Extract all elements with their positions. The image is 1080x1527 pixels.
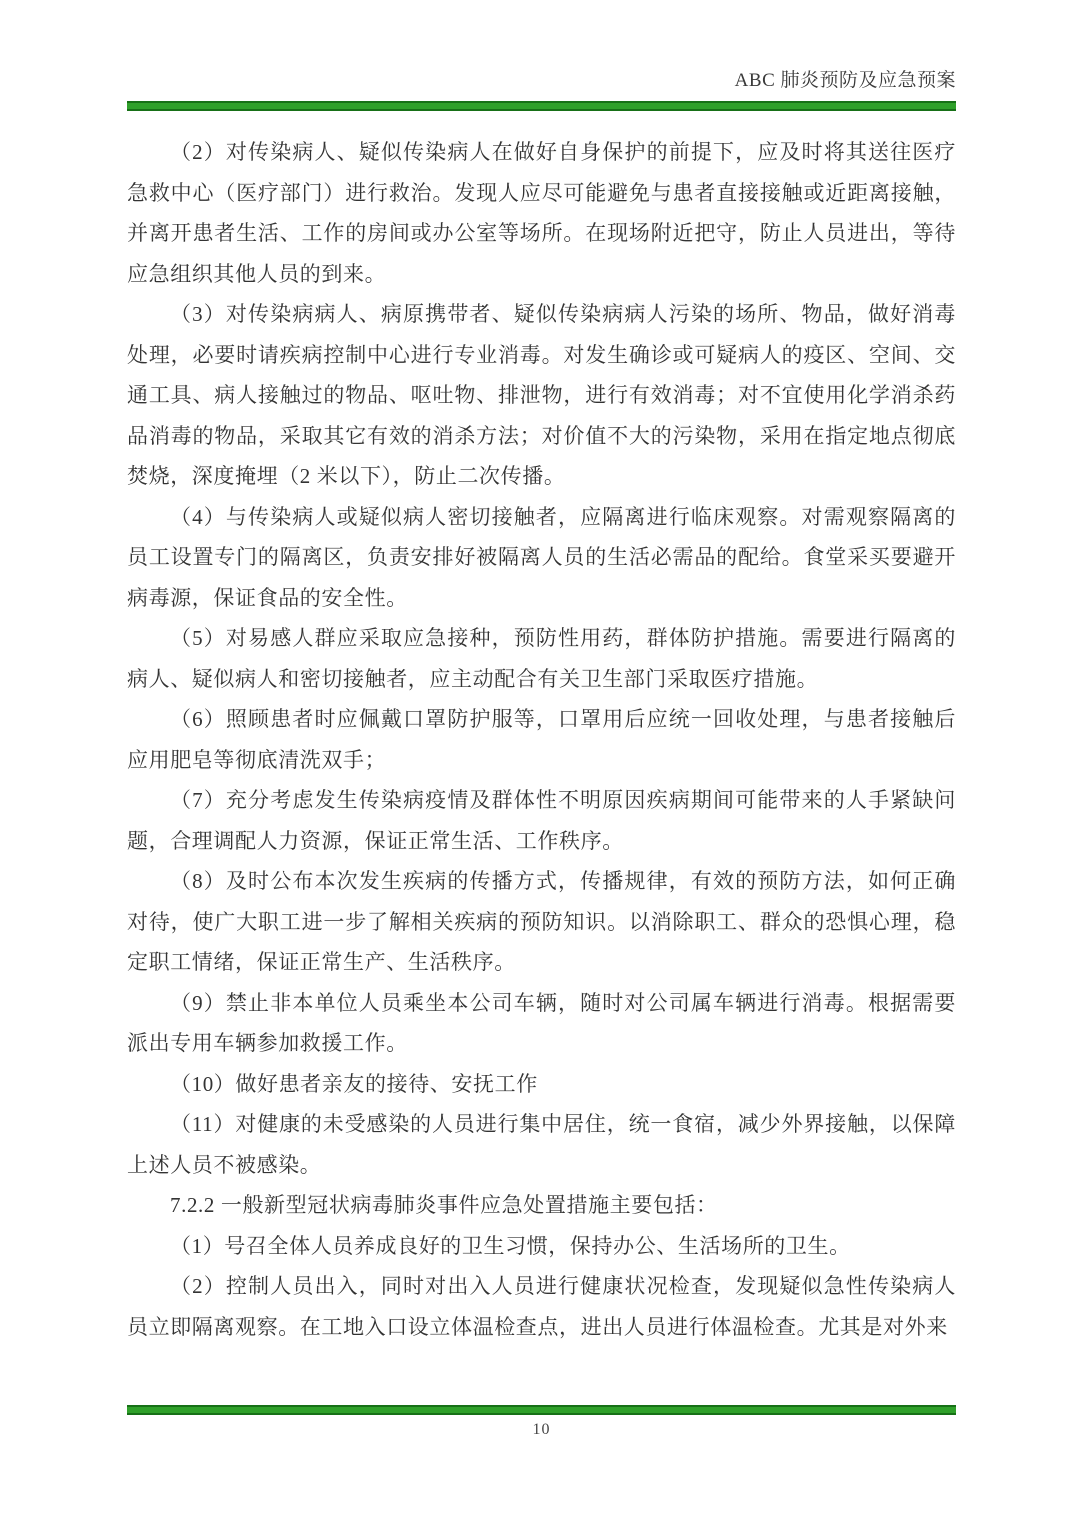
paragraph-2: （2）对传染病人、疑似传染病人在做好自身保护的前提下，应及时将其送往医疗急救中心…: [127, 132, 956, 294]
section-heading-7-2-2: 7.2.2 一般新型冠状病毒肺炎事件应急处置措施主要包括：: [127, 1185, 956, 1226]
paragraph-8: （8）及时公布本次发生疾病的传播方式，传播规律，有效的预防方法，如何正确对待，使…: [127, 861, 956, 983]
footer-rule: [127, 1405, 956, 1415]
page-footer: 10: [127, 1405, 956, 1439]
paragraph-7: （7）充分考虑发生传染病疫情及群体性不明原因疾病期间可能带来的人手紧缺问题，合理…: [127, 780, 956, 861]
sub-paragraph-2: （2）控制人员出入，同时对出入人员进行健康状况检查，发现疑似急性传染病人员立即隔…: [127, 1266, 956, 1347]
page-header: ABC 肺炎预防及应急预案: [127, 0, 956, 111]
header-rule: [127, 101, 956, 111]
paragraph-11: （11）对健康的未受感染的人员进行集中居住，统一食宿，减少外界接触，以保障上述人…: [127, 1104, 956, 1185]
page-number: 10: [127, 1421, 956, 1439]
document-body: （2）对传染病人、疑似传染病人在做好自身保护的前提下，应及时将其送往医疗急救中心…: [127, 132, 956, 1347]
document-page: ABC 肺炎预防及应急预案 （2）对传染病人、疑似传染病人在做好自身保护的前提下…: [0, 0, 1080, 1527]
paragraph-4: （4）与传染病人或疑似病人密切接触者，应隔离进行临床观察。对需观察隔离的员工设置…: [127, 497, 956, 619]
header-title: ABC 肺炎预防及应急预案: [127, 68, 956, 94]
sub-paragraph-1: （1）号召全体人员养成良好的卫生习惯，保持办公、生活场所的卫生。: [127, 1226, 956, 1267]
paragraph-10: （10）做好患者亲友的接待、安抚工作: [127, 1064, 956, 1105]
paragraph-5: （5）对易感人群应采取应急接种，预防性用药，群体防护措施。需要进行隔离的病人、疑…: [127, 618, 956, 699]
paragraph-9: （9）禁止非本单位人员乘坐本公司车辆，随时对公司属车辆进行消毒。根据需要派出专用…: [127, 983, 956, 1064]
paragraph-3: （3）对传染病病人、病原携带者、疑似传染病病人污染的场所、物品，做好消毒处理，必…: [127, 294, 956, 497]
paragraph-6: （6）照顾患者时应佩戴口罩防护服等，口罩用后应统一回收处理，与患者接触后应用肥皂…: [127, 699, 956, 780]
